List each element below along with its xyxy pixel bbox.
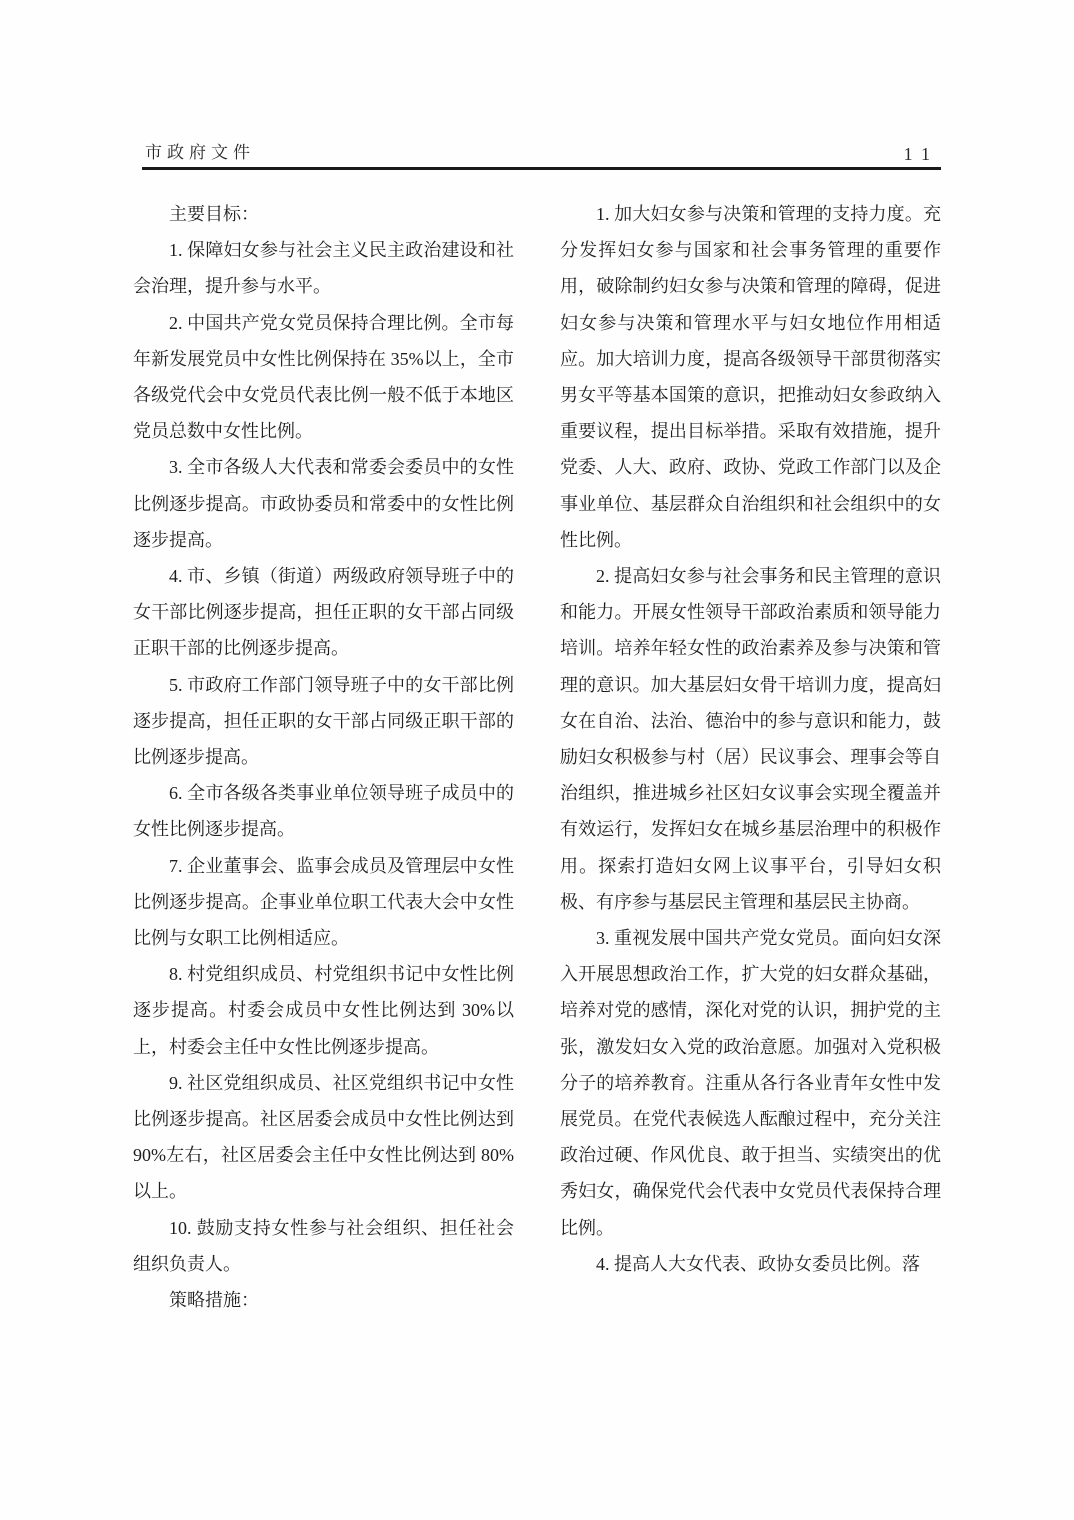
objective-item-3: 3. 全市各级人大代表和常委会委员中的女性比例逐步提高。市政协委员和常委中的女性… (133, 449, 514, 558)
document-page: 市政府文件 11 主要目标： 1. 保障妇女参与社会主义民主政治建设和社会治理，… (0, 0, 1074, 1520)
measure-item-2: 2. 提高妇女参与社会事务和民主管理的意识和能力。开展女性领导干部政治素质和领导… (560, 558, 941, 920)
page-header: 市政府文件 11 (143, 138, 941, 166)
text-columns: 主要目标： 1. 保障妇女参与社会主义民主政治建设和社会治理，提升参与水平。 2… (133, 196, 941, 1318)
left-column: 主要目标： 1. 保障妇女参与社会主义民主政治建设和社会治理，提升参与水平。 2… (133, 196, 514, 1318)
objective-item-6: 6. 全市各级各类事业单位领导班子成员中的女性比例逐步提高。 (133, 775, 514, 847)
strategies-heading: 策略措施： (133, 1282, 514, 1318)
objective-item-7: 7. 企业董事会、监事会成员及管理层中女性比例逐步提高。企事业单位职工代表大会中… (133, 848, 514, 957)
measure-item-3: 3. 重视发展中国共产党女党员。面向妇女深入开展思想政治工作，扩大党的妇女群众基… (560, 920, 941, 1246)
objective-item-1: 1. 保障妇女参与社会主义民主政治建设和社会治理，提升参与水平。 (133, 232, 514, 304)
objective-item-5: 5. 市政府工作部门领导班子中的女干部比例逐步提高，担任正职的女干部占同级正职干… (133, 667, 514, 776)
objective-item-2: 2. 中国共产党女党员保持合理比例。全市每年新发展党员中女性比例保持在 35%以… (133, 305, 514, 450)
measure-item-1: 1. 加大妇女参与决策和管理的支持力度。充分发挥妇女参与国家和社会事务管理的重要… (560, 196, 941, 558)
main-objectives-heading: 主要目标： (133, 196, 514, 232)
measure-item-4: 4. 提高人大女代表、政协女委员比例。落 (560, 1246, 941, 1282)
objective-item-8: 8. 村党组织成员、村党组织书记中女性比例逐步提高。村委会成员中女性比例达到 3… (133, 956, 514, 1065)
document-type-label: 市政府文件 (145, 138, 255, 163)
right-column: 1. 加大妇女参与决策和管理的支持力度。充分发挥妇女参与国家和社会事务管理的重要… (560, 196, 941, 1318)
header-rule (142, 167, 941, 170)
page-number: 11 (904, 144, 939, 165)
objective-item-10: 10. 鼓励支持女性参与社会组织、担任社会组织负责人。 (133, 1210, 514, 1282)
objective-item-4: 4. 市、乡镇（街道）两级政府领导班子中的女干部比例逐步提高，担任正职的女干部占… (133, 558, 514, 667)
objective-item-9: 9. 社区党组织成员、社区党组织书记中女性比例逐步提高。社区居委会成员中女性比例… (133, 1065, 514, 1210)
